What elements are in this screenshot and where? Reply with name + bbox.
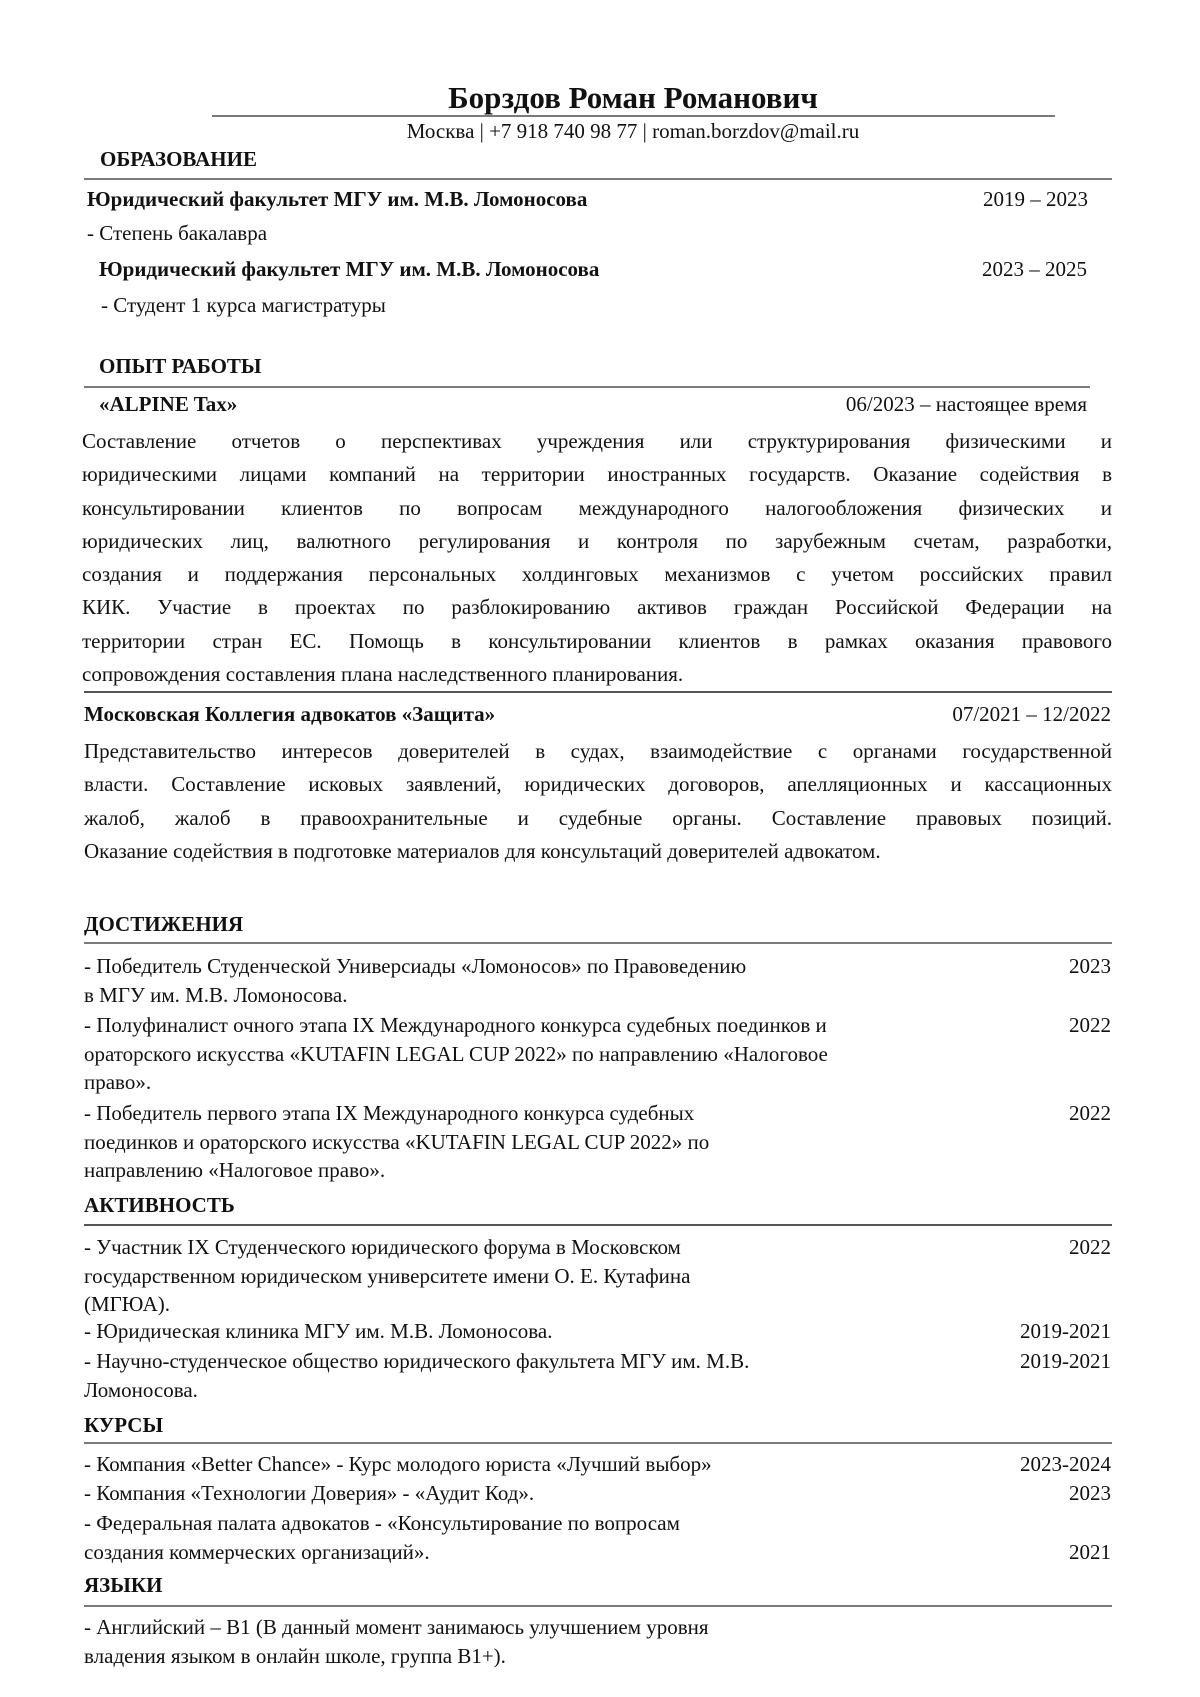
activity-item-year: 2019-2021 (1020, 1319, 1111, 1344)
description-line: сопровождения составления плана наследст… (82, 658, 1112, 691)
contact-line: Москва | +7 918 740 98 77 | roman.borzdo… (0, 119, 1200, 144)
job-company: Московская Коллегия адвокатов «Защита» (84, 702, 495, 727)
description-line: Представительство интересов доверителей … (84, 735, 1112, 768)
activity-item-line: - Участник IX Студенческого юридического… (84, 1235, 681, 1260)
section-title-experience: ОПЫТ РАБОТЫ (99, 354, 262, 379)
activity-item-line: - Научно-студенческое общество юридическ… (84, 1349, 749, 1374)
description-line: Составление отчетов о перспективах учреж… (82, 425, 1112, 458)
job-divider (84, 691, 1112, 693)
section-rule-education (84, 178, 1112, 180)
achievements-item-line: поединков и ораторского искусства «KUTAF… (84, 1130, 709, 1155)
description-line: КИК. Участие в проектах по разблокирован… (82, 591, 1112, 624)
education-dates: 2023 – 2025 (982, 257, 1087, 282)
activity-item-line: государственном юридическом университете… (84, 1264, 690, 1289)
section-title-education: ОБРАЗОВАНИЕ (100, 147, 257, 172)
name-underline (212, 115, 1055, 117)
activity-item-year: 2022 (1069, 1235, 1111, 1260)
languages-item-line: владения языком в онлайн школе, группа B… (84, 1644, 506, 1669)
education-detail: - Студент 1 курса магистратуры (101, 293, 386, 318)
job-dates: 06/2023 – настоящее время (846, 392, 1087, 417)
section-rule-languages (84, 1605, 1112, 1607)
courses-item-line: - Компания «Технологии Доверия» - «Аудит… (84, 1481, 534, 1506)
description-line: консультировании клиентов по вопросам ме… (82, 492, 1112, 525)
section-rule-courses (84, 1442, 1112, 1444)
achievements-item-line: направлению «Налоговое право». (84, 1158, 385, 1183)
activity-item-line: - Юридическая клиника МГУ им. М.В. Ломон… (84, 1319, 552, 1344)
description-line: жалоб, жалоб в правоохранительные и суде… (84, 802, 1112, 835)
courses-item-line: - Компания «Better Chance» - Курс молодо… (84, 1452, 712, 1477)
courses-item-line: создания коммерческих организаций». (84, 1540, 430, 1565)
courses-item-year: 2021 (1069, 1540, 1111, 1565)
achievements-item-line: ораторского искусства «KUTAFIN LEGAL CUP… (84, 1042, 828, 1067)
achievements-item-year: 2023 (1069, 954, 1111, 979)
section-title-activity: АКТИВНОСТЬ (84, 1193, 235, 1218)
section-rule-activity (84, 1224, 1112, 1226)
description-line: юридических лиц, валютного регулирования… (82, 525, 1112, 558)
achievements-item-line: в МГУ им. М.В. Ломоносова. (84, 983, 347, 1008)
description-line: Оказание содействия в подготовке материа… (84, 835, 1112, 868)
job-description: Представительство интересов доверителей … (84, 735, 1112, 868)
activity-item-line: Ломоносова. (84, 1378, 198, 1403)
candidate-name: Борздов Роман Романович (0, 80, 1200, 116)
section-title-achievements: ДОСТИЖЕНИЯ (84, 912, 243, 937)
achievements-item-year: 2022 (1069, 1013, 1111, 1038)
description-line: юридическими лицами компаний на территор… (82, 458, 1112, 491)
description-line: власти. Составление исковых заявлений, ю… (84, 768, 1112, 801)
education-detail: - Степень бакалавра (87, 221, 267, 246)
job-description: Составление отчетов о перспективах учреж… (82, 425, 1112, 691)
achievements-item-line: - Победитель Студенческой Универсиады «Л… (84, 954, 746, 979)
description-line: территории стран ЕС. Помощь в консультир… (82, 625, 1112, 658)
courses-item-line: - Федеральная палата адвокатов - «Консул… (84, 1511, 680, 1536)
activity-item-year: 2019-2021 (1020, 1349, 1111, 1374)
section-rule-experience (84, 386, 1090, 388)
courses-item-year: 2023 (1069, 1481, 1111, 1506)
job-dates: 07/2021 – 12/2022 (952, 702, 1111, 727)
languages-item-line: - Английский – B1 (В данный момент заним… (84, 1615, 709, 1640)
achievements-item-line: - Полуфиналист очного этапа IX Междунаро… (84, 1013, 827, 1038)
achievements-item-line: право». (84, 1070, 151, 1095)
education-dates: 2019 – 2023 (983, 187, 1088, 212)
courses-item-year: 2023-2024 (1020, 1452, 1111, 1477)
section-title-courses: КУРСЫ (84, 1413, 163, 1438)
section-rule-achievements (84, 942, 1112, 944)
job-company: «ALPINE Tax» (99, 392, 237, 417)
achievements-item-line: - Победитель первого этапа IX Международ… (84, 1101, 694, 1126)
activity-item-line: (МГЮА). (84, 1292, 170, 1317)
education-institution: Юридический факультет МГУ им. М.В. Ломон… (99, 257, 599, 282)
achievements-item-year: 2022 (1069, 1101, 1111, 1126)
description-line: создания и поддержания персональных холд… (82, 558, 1112, 591)
education-institution: Юридический факультет МГУ им. М.В. Ломон… (87, 187, 587, 212)
section-title-languages: ЯЗЫКИ (84, 1573, 162, 1598)
